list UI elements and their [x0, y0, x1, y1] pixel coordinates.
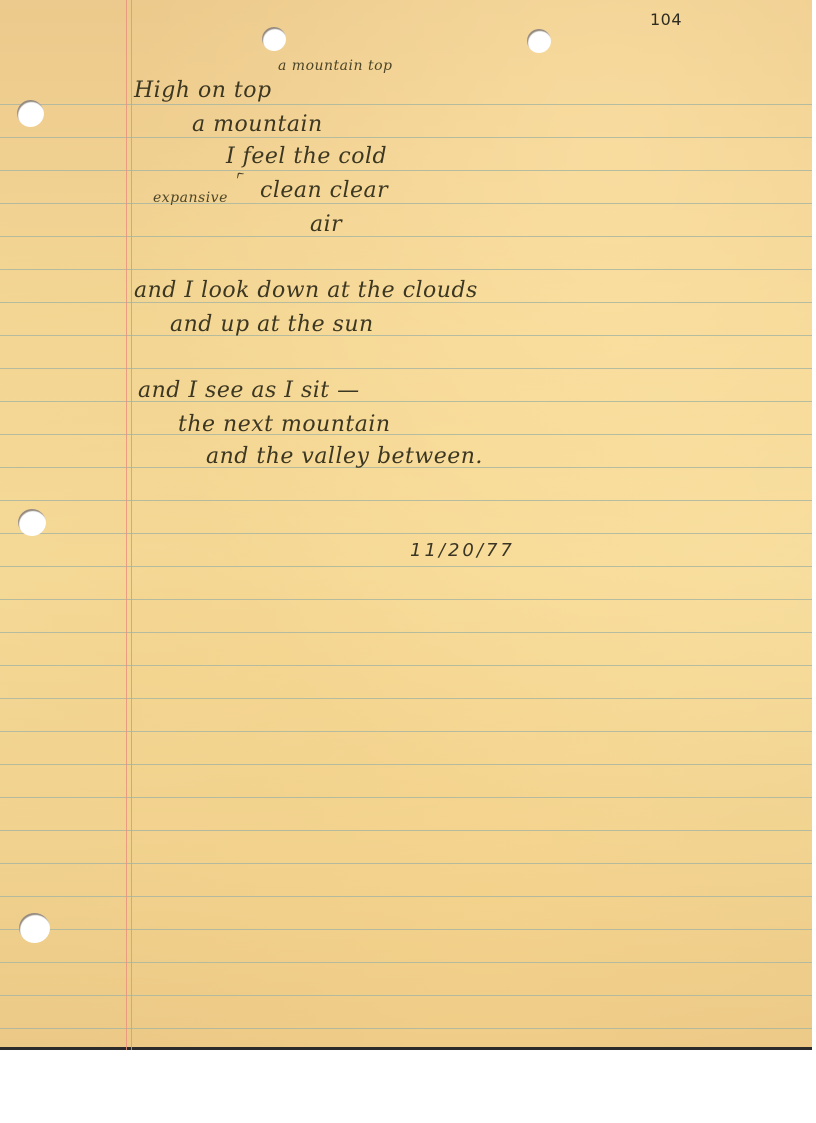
ruled-line [0, 236, 812, 237]
page-number: 104 [650, 10, 682, 29]
poem-line: clean clear [260, 178, 388, 203]
poem-line: air [310, 212, 342, 237]
ruled-line [0, 830, 812, 831]
punch-hole [18, 509, 46, 536]
punch-hole [19, 913, 50, 943]
ruled-line [0, 170, 812, 171]
punch-hole [17, 100, 44, 127]
ruled-line [0, 203, 812, 204]
annotation-left: expansive [153, 190, 228, 206]
ruled-line [0, 566, 812, 567]
ruled-line [0, 335, 812, 336]
ruled-line [0, 731, 812, 732]
ruled-line [0, 599, 812, 600]
notebook-page: 104 a mountain top High on top a mountai… [0, 0, 812, 1050]
poem-line: and up at the sun [170, 312, 374, 337]
margin-line-left [126, 0, 127, 1050]
poem-line: and I see as I sit — [138, 378, 360, 403]
ruled-line [0, 665, 812, 666]
ruled-line [0, 434, 812, 435]
poem-line: I feel the cold [226, 144, 387, 169]
date: 11/20/77 [410, 540, 515, 561]
margin-line-right [131, 0, 132, 1050]
ruled-line [0, 368, 812, 369]
ruled-line [0, 929, 812, 930]
ruled-line [0, 104, 812, 105]
poem-line: and the valley between. [206, 444, 483, 469]
ruled-line [0, 896, 812, 897]
ruled-line [0, 632, 812, 633]
ruled-line [0, 764, 812, 765]
poem-line: and I look down at the clouds [134, 278, 478, 303]
ruled-line [0, 401, 812, 402]
ruled-line [0, 500, 812, 501]
punch-hole [527, 29, 551, 53]
poem-line: the next mountain [178, 412, 391, 437]
poem-line: High on top [134, 78, 272, 103]
ruled-line [0, 995, 812, 996]
ruled-line [0, 797, 812, 798]
ruled-line [0, 1028, 812, 1029]
ruled-line [0, 533, 812, 534]
ruled-line [0, 137, 812, 138]
punch-hole [262, 27, 286, 51]
poem-line: a mountain [192, 112, 323, 137]
ruled-line [0, 698, 812, 699]
ruled-line [0, 269, 812, 270]
ruled-line [0, 962, 812, 963]
annotation-above: a mountain top [278, 58, 392, 74]
ruled-line [0, 863, 812, 864]
